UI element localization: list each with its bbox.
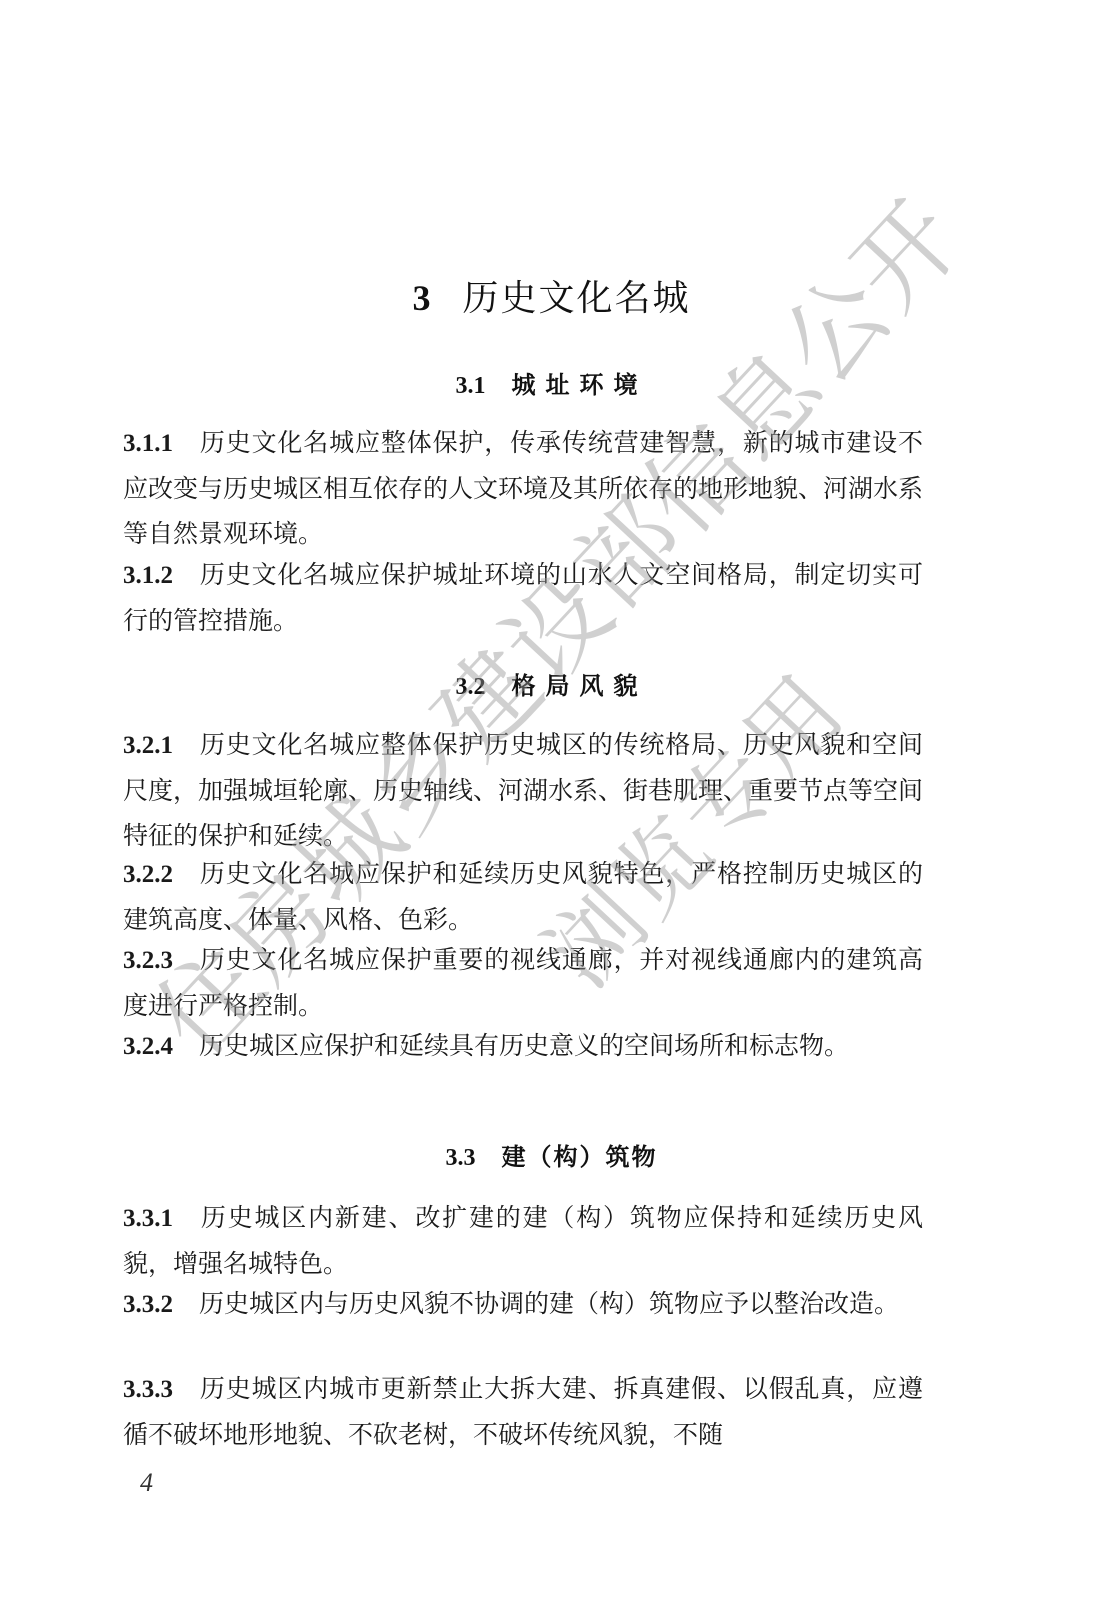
clause-text: 历史城区内新建、改扩建的建（构）筑物应保持和延续历史风貌，增强名城特色。 [123, 1203, 923, 1278]
clause-text: 历史文化名城应保护和延续历史风貌特色，严格控制历史城区的建筑高度、体量、风格、色… [123, 859, 923, 934]
page-number: 4 [140, 1468, 153, 1498]
section-title-3-3: 3.3建（构）筑物 [0, 1137, 1103, 1172]
clause-number: 3.3.3 [123, 1376, 173, 1403]
clause-number: 3.1.1 [123, 430, 173, 457]
clause-text: 历史文化名城应整体保护，传承传统营建智慧，新的城市建设不应改变与历史城区相互依存… [123, 428, 923, 548]
section-number: 3.1 [456, 373, 486, 399]
clause-number: 3.3.1 [123, 1205, 173, 1232]
clause-text: 历史文化名城应保护重要的视线通廊，并对视线通廊内的建筑高度进行严格控制。 [123, 945, 923, 1020]
clause-text: 历史文化名城应整体保护历史城区的传统格局、历史风貌和空间尺度，加强城垣轮廓、历史… [123, 730, 923, 850]
clause-number: 3.3.2 [123, 1291, 173, 1318]
clause-text: 历史城区内与历史风貌不协调的建（构）筑物应予以整治改造。 [199, 1289, 899, 1318]
section-number: 3.3 [446, 1145, 476, 1171]
section-label: 城址环境 [512, 371, 648, 399]
chapter-title-text: 历史文化名城 [462, 278, 690, 319]
clause-3-2-2: 3.2.2历史文化名城应保护和延续历史风貌特色，严格控制历史城区的建筑高度、体量… [123, 851, 923, 942]
clause-text: 历史文化名城应保护城址环境的山水人文空间格局，制定切实可行的管控措施。 [123, 560, 923, 635]
clause-3-2-4: 3.2.4历史城区应保护和延续具有历史意义的空间场所和标志物。 [123, 1023, 923, 1069]
clause-number: 3.2.4 [123, 1033, 173, 1060]
section-number: 3.2 [456, 674, 486, 700]
clause-3-3-3: 3.3.3历史城区内城市更新禁止大拆大建、拆真建假、以假乱真，应遵循不破坏地形地… [123, 1366, 923, 1457]
clause-number: 3.2.3 [123, 947, 173, 974]
clause-3-3-1: 3.3.1历史城区内新建、改扩建的建（构）筑物应保持和延续历史风貌，增强名城特色… [123, 1195, 923, 1286]
section-label: 格局风貌 [512, 672, 648, 700]
clause-3-1-2: 3.1.2历史文化名城应保护城址环境的山水人文空间格局，制定切实可行的管控措施。 [123, 552, 923, 643]
clause-3-3-2: 3.3.2历史城区内与历史风貌不协调的建（构）筑物应予以整治改造。 [123, 1281, 923, 1327]
document-page: 3历史文化名城 3.1城址环境 3.1.1历史文化名城应整体保护，传承传统营建智… [0, 0, 1103, 1597]
chapter-title: 3历史文化名城 [0, 270, 1103, 321]
clause-number: 3.1.2 [123, 562, 173, 589]
clause-3-2-1: 3.2.1历史文化名城应整体保护历史城区的传统格局、历史风貌和空间尺度，加强城垣… [123, 722, 923, 858]
clause-3-1-1: 3.1.1历史文化名城应整体保护，传承传统营建智慧，新的城市建设不应改变与历史城… [123, 420, 923, 556]
chapter-number: 3 [412, 278, 432, 318]
clause-number: 3.2.1 [123, 732, 173, 759]
section-title-3-2: 3.2格局风貌 [0, 666, 1103, 701]
clause-3-2-3: 3.2.3历史文化名城应保护重要的视线通廊，并对视线通廊内的建筑高度进行严格控制… [123, 937, 923, 1028]
section-title-3-1: 3.1城址环境 [0, 365, 1103, 400]
clause-number: 3.2.2 [123, 861, 173, 888]
section-label: 建（构）筑物 [502, 1143, 658, 1171]
clause-text: 历史城区内城市更新禁止大拆大建、拆真建假、以假乱真，应遵循不破坏地形地貌、不砍老… [123, 1374, 923, 1449]
clause-text: 历史城区应保护和延续具有历史意义的空间场所和标志物。 [199, 1031, 849, 1060]
